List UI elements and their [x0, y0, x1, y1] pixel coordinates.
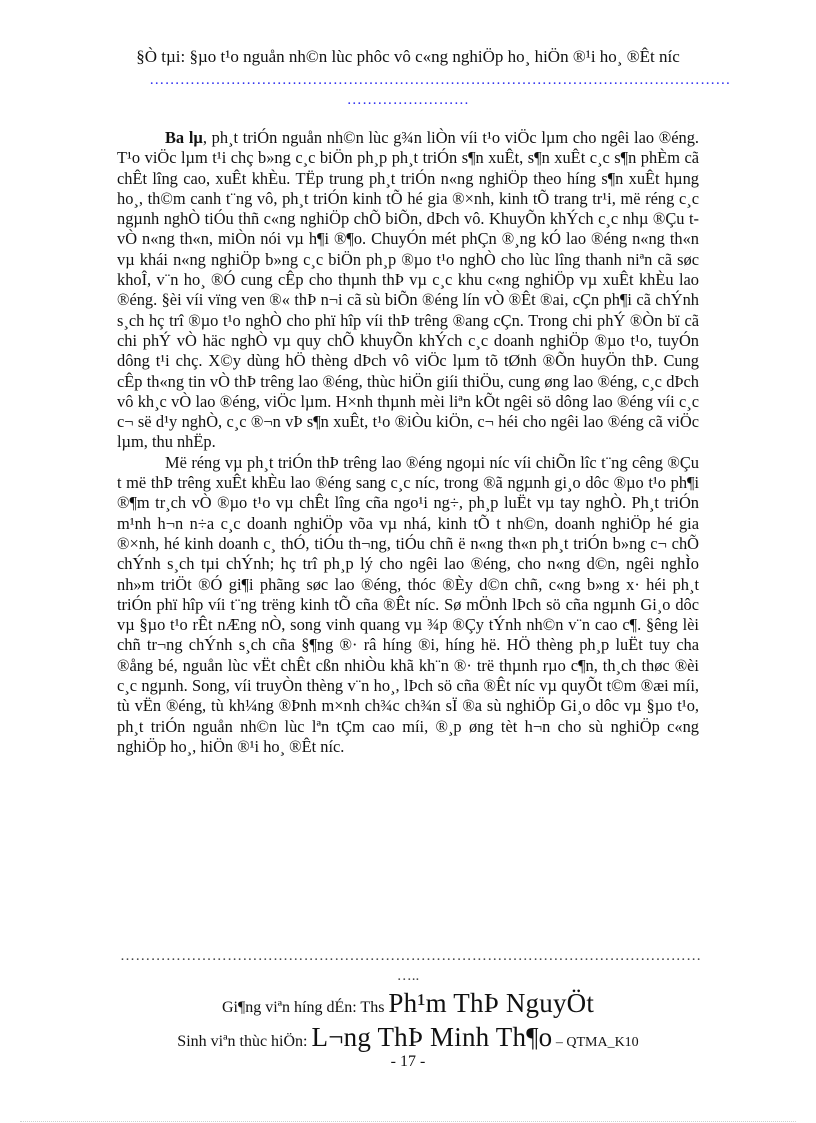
student-line: Sinh viªn thùc hiÖn: L­¬ng ThÞ Minh Th¶o… — [0, 1022, 816, 1053]
page-number: - 17 - — [0, 1053, 816, 1071]
student-label: Sinh viªn thùc hiÖn: — [177, 1033, 311, 1050]
thesis-topic-title: §Ò tµi: §µo t¹o nguån nh©n lùc phôc vô c… — [0, 46, 816, 68]
supervisor-name: Ph¹m ThÞ NguyÖt — [388, 988, 594, 1018]
body-text: Ba lµ, ph¸t triÓn nguån nh©n lùc g¾n liÒ… — [117, 128, 699, 757]
student-class-code: – QTMA_K10 — [552, 1035, 638, 1050]
header-dotted-line-continuation: …………………… — [0, 92, 816, 109]
student-name: L­¬ng ThÞ Minh Th¶o — [312, 1022, 553, 1052]
footer-dotted-line: …………………………………………………………………………………………………… — [120, 948, 762, 965]
paragraph-1-lead: Ba lµ — [165, 128, 203, 147]
paragraph-1: Ba lµ, ph¸t triÓn nguån nh©n lùc g¾n liÒ… — [117, 128, 699, 453]
footer-dotted-line-continuation: ….. — [0, 968, 816, 985]
supervisor-label: Gi¶ng viªn h­íng dÉn: Ths — [222, 999, 388, 1016]
supervisor-line: Gi¶ng viªn h­íng dÉn: Ths Ph¹m ThÞ NguyÖ… — [0, 988, 816, 1019]
header-dotted-line: …………………………………………………………………………………………………… — [120, 72, 760, 89]
paragraph-2-text: Më réng vµ ph¸t triÓn thÞ tr­êng lao ®én… — [117, 453, 699, 756]
document-page: §Ò tµi: §µo t¹o nguån nh©n lùc phôc vô c… — [0, 0, 816, 1123]
page-bottom-border — [20, 1121, 796, 1122]
paragraph-2: Më réng vµ ph¸t triÓn thÞ tr­êng lao ®én… — [117, 453, 699, 757]
paragraph-1-text: , ph¸t triÓn nguån nh©n lùc g¾n liÒn víi… — [117, 128, 699, 451]
